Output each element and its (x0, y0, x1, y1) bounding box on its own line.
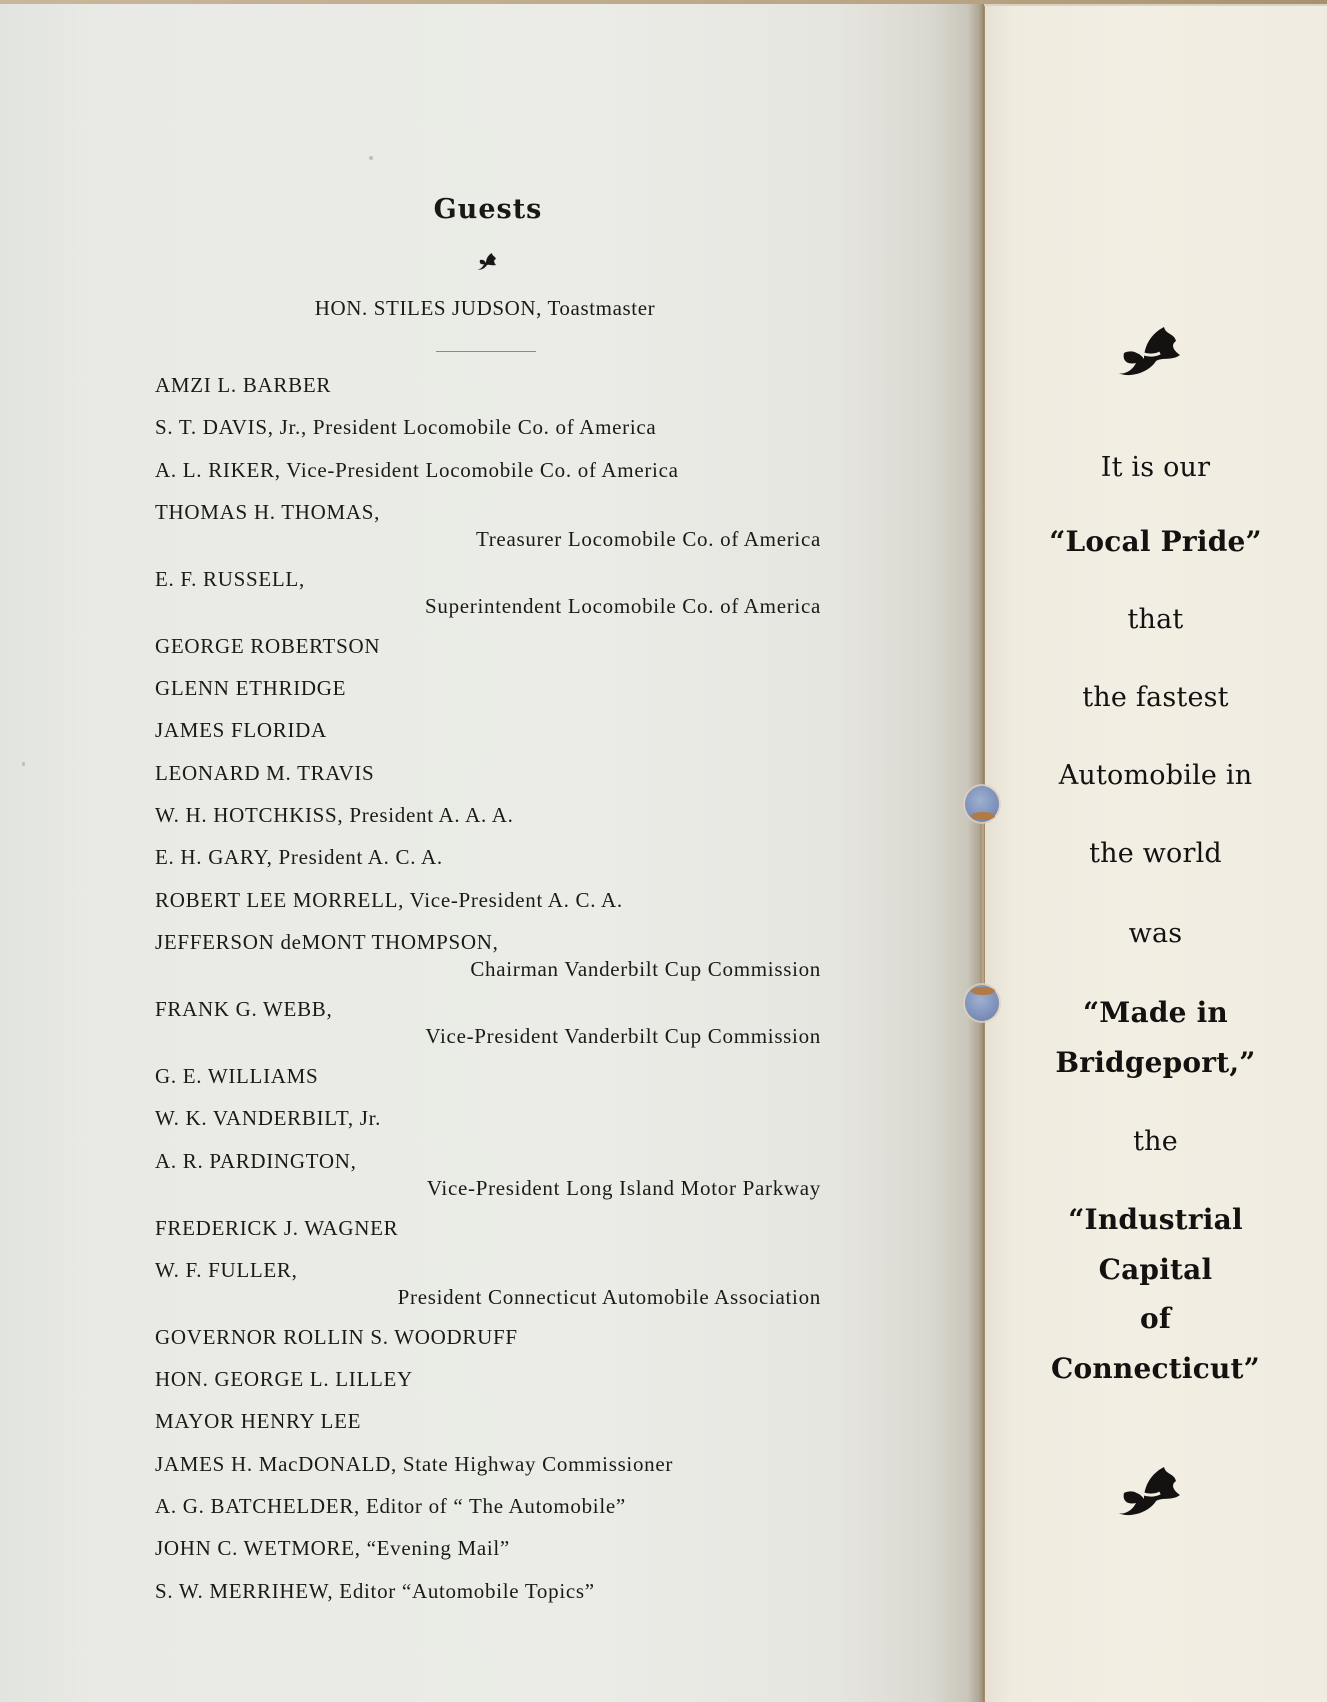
guest-name: AMZI L. BARBER (155, 373, 331, 397)
guest-title: President Connecticut Automobile Associa… (155, 1283, 821, 1311)
tribute-line: Bridgeport,” (984, 1046, 1327, 1079)
guest-title: Vice-President Long Island Motor Parkway (155, 1174, 821, 1202)
tribute-line: Automobile in (984, 760, 1327, 791)
guest-entry: E. F. RUSSELL,Superintendent Locomobile … (155, 565, 821, 620)
guest-name: S. W. MERRIHEW, (155, 1579, 333, 1603)
guest-list: AMZI L. BARBERS. T. DAVIS, Jr., Presiden… (155, 371, 821, 1619)
tribute-line: that (984, 604, 1327, 635)
tribute-line: of (984, 1302, 1327, 1335)
guest-title: Treasurer Locomobile Co. of America (155, 525, 821, 553)
tribute-line: Capital (984, 1253, 1327, 1286)
guest-entry: JOHN C. WETMORE, “Evening Mail” (155, 1534, 821, 1562)
guest-entry: E. H. GARY, President A. C. A. (155, 843, 821, 871)
page-heading: Guests (388, 194, 588, 225)
guest-entry: JAMES H. MacDONALD, State Highway Commis… (155, 1450, 821, 1478)
guest-entry: S. W. MERRIHEW, Editor “Automobile Topic… (155, 1577, 821, 1605)
guest-name: W. F. FULLER, (155, 1256, 821, 1284)
guest-title: Vice-President A. C. A. (410, 888, 623, 912)
tribute-line: the fastest (984, 682, 1327, 713)
paper-speck (369, 156, 373, 160)
guest-entry: LEONARD M. TRAVIS (155, 759, 821, 787)
guest-entry: G. E. WILLIAMS (155, 1062, 821, 1090)
fleuron-leaf-icon (1114, 1455, 1194, 1519)
guest-entry: A. G. BATCHELDER, Editor of “ The Automo… (155, 1492, 821, 1520)
guest-name: JAMES FLORIDA (155, 718, 327, 742)
guest-entry: HON. GEORGE L. LILLEY (155, 1365, 821, 1393)
tribute-line: the (984, 1126, 1327, 1157)
tribute-line: Connecticut” (984, 1352, 1327, 1385)
guest-name: JAMES H. MacDONALD, (155, 1452, 397, 1476)
guest-title: President A. C. A. (279, 845, 443, 869)
guest-name: MAYOR HENRY LEE (155, 1409, 361, 1433)
guest-name: FRANK G. WEBB, (155, 995, 821, 1023)
fleuron-leaf-icon (1114, 315, 1194, 379)
guest-title: President Locomobile Co. of America (313, 415, 657, 439)
guest-entry: W. H. HOTCHKISS, President A. A. A. (155, 801, 821, 829)
tribute-line: was (984, 918, 1327, 949)
guest-name: JEFFERSON deMONT THOMPSON, (155, 928, 821, 956)
guest-entry: W. K. VANDERBILT, Jr. (155, 1104, 821, 1132)
guest-name: E. F. RUSSELL, (155, 565, 821, 593)
divider-rule (436, 351, 536, 352)
guest-entry: W. F. FULLER,President Connecticut Autom… (155, 1256, 821, 1311)
guest-title: “Evening Mail” (367, 1536, 510, 1560)
guest-entry: S. T. DAVIS, Jr., President Locomobile C… (155, 413, 821, 441)
guest-title: Vice-President Vanderbilt Cup Commission (155, 1022, 821, 1050)
guest-entry: GEORGE ROBERTSON (155, 632, 821, 660)
guest-name: GOVERNOR ROLLIN S. WOODRUFF (155, 1325, 518, 1349)
guest-entry: THOMAS H. THOMAS,Treasurer Locomobile Co… (155, 498, 821, 553)
guest-entry: GOVERNOR ROLLIN S. WOODRUFF (155, 1323, 821, 1351)
guest-title: Editor “Automobile Topics” (339, 1579, 594, 1603)
guest-name: LEONARD M. TRAVIS (155, 761, 374, 785)
guest-entry: AMZI L. BARBER (155, 371, 821, 399)
guest-name: A. R. PARDINGTON, (155, 1147, 821, 1175)
guest-name: E. H. GARY, (155, 845, 273, 869)
guest-name: GEORGE ROBERTSON (155, 634, 380, 658)
right-page-content: It is our“Local Pride”thatthe fastestAut… (984, 0, 1327, 1702)
guest-entry: GLENN ETHRIDGE (155, 674, 821, 702)
guest-title: Superintendent Locomobile Co. of America (155, 592, 821, 620)
guest-entry: JEFFERSON deMONT THOMPSON,Chairman Vande… (155, 928, 821, 983)
guest-entry: A. L. RIKER, Vice-President Locomobile C… (155, 456, 821, 484)
tribute-line: “Industrial (984, 1203, 1327, 1236)
guest-name: A. G. BATCHELDER, (155, 1494, 360, 1518)
tribute-line: the world (984, 838, 1327, 869)
guest-title: Chairman Vanderbilt Cup Commission (155, 955, 821, 983)
tribute-line: “Local Pride” (984, 525, 1327, 558)
guest-entry: JAMES FLORIDA (155, 716, 821, 744)
guest-entry: A. R. PARDINGTON,Vice-President Long Isl… (155, 1147, 821, 1202)
guest-name: HON. GEORGE L. LILLEY (155, 1367, 413, 1391)
tribute-line: It is our (984, 452, 1327, 483)
guest-name: GLENN ETHRIDGE (155, 676, 346, 700)
paper-speck (22, 762, 25, 766)
guest-name: S. T. DAVIS, Jr., (155, 415, 307, 439)
guest-name: THOMAS H. THOMAS, (155, 498, 821, 526)
guest-title: Vice-President Locomobile Co. of America (286, 458, 678, 482)
guest-title: Editor of “ The Automobile” (366, 1494, 626, 1518)
guest-entry: ROBERT LEE MORRELL, Vice-President A. C.… (155, 886, 821, 914)
guest-entry: MAYOR HENRY LEE (155, 1407, 821, 1435)
guest-title: President A. A. A. (349, 803, 513, 827)
guest-title: State Highway Commissioner (403, 1452, 673, 1476)
guest-name: ROBERT LEE MORRELL, (155, 888, 404, 912)
guest-entry: FRANK G. WEBB,Vice-President Vanderbilt … (155, 995, 821, 1050)
guest-entry: FREDERICK J. WAGNER (155, 1214, 821, 1242)
guest-name: G. E. WILLIAMS (155, 1064, 318, 1088)
toastmaster-line: HON. STILES JUDSON, Toastmaster (200, 296, 770, 321)
guest-name: A. L. RIKER, (155, 458, 281, 482)
guest-name: W. K. VANDERBILT, Jr. (155, 1106, 381, 1130)
tribute-line: “Made in (984, 996, 1327, 1029)
guest-name: W. H. HOTCHKISS, (155, 803, 343, 827)
guest-name: FREDERICK J. WAGNER (155, 1216, 398, 1240)
fleuron-leaf-icon (474, 250, 500, 272)
guest-name: JOHN C. WETMORE, (155, 1536, 361, 1560)
